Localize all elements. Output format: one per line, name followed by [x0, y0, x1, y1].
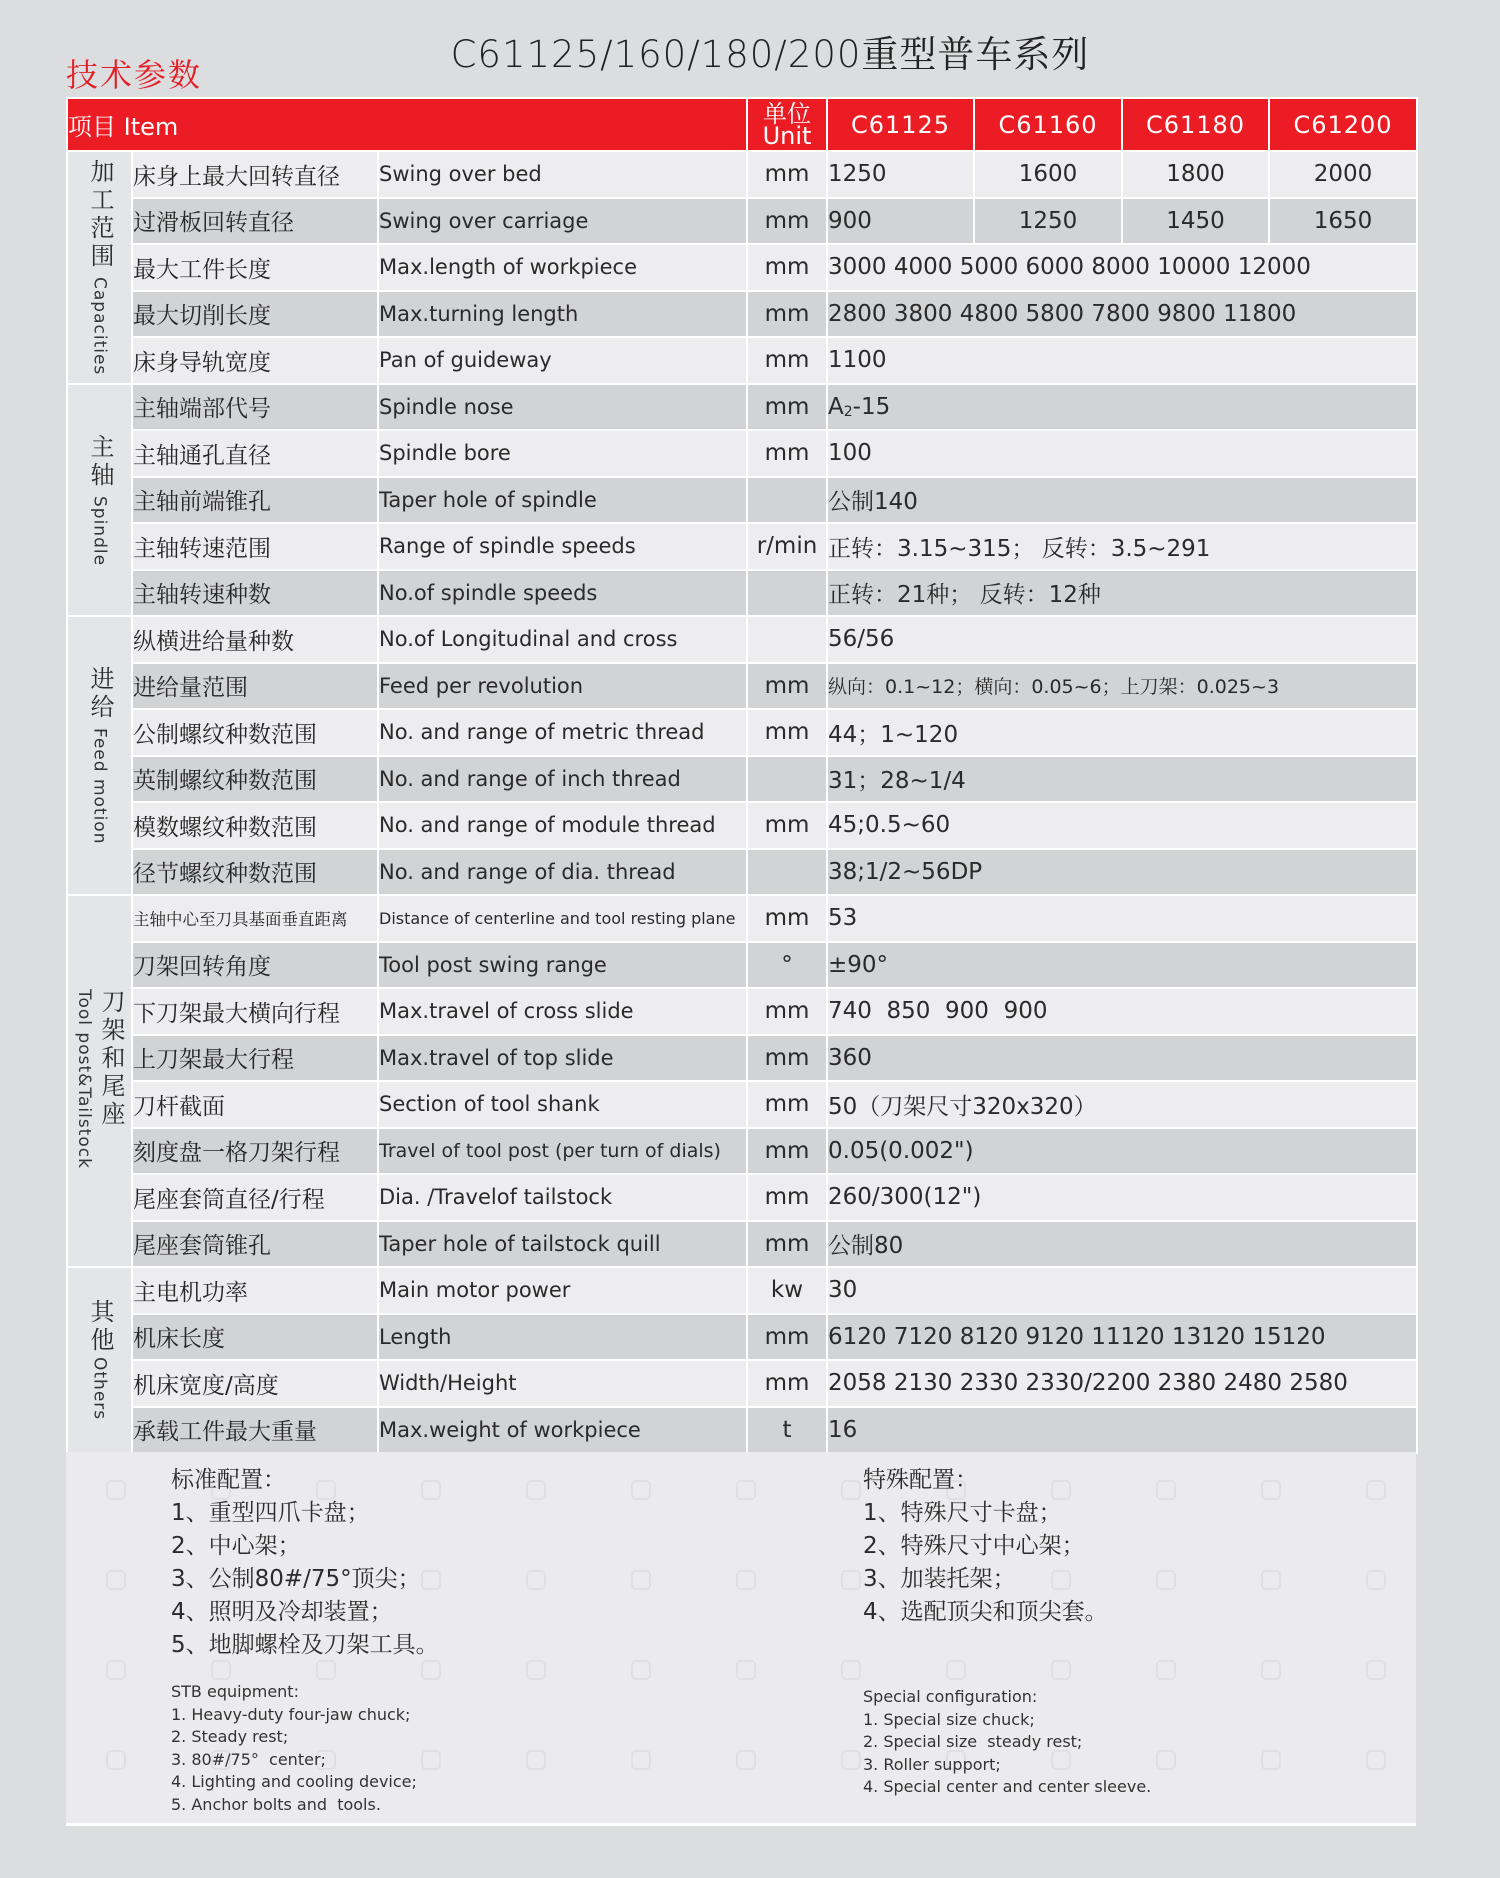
list-item: 2、特殊尺寸中心架； [863, 1530, 1108, 1563]
param-en: Swing over carriage [378, 198, 747, 245]
param-en: Swing over bed [378, 151, 747, 198]
spec-table: 项目 Item 单位Unit C61125 C61160 C61180 C612… [66, 97, 1418, 1454]
watermark-square-icon [841, 1660, 861, 1680]
param-unit: mm [747, 1360, 827, 1407]
watermark-square-icon [1366, 1750, 1386, 1770]
param-value: 6120 7120 8120 9120 11120 13120 15120 [827, 1314, 1417, 1361]
param-unit: mm [747, 1128, 827, 1175]
param-cn: 刀架回转角度 [132, 942, 378, 989]
param-unit: mm [747, 709, 827, 756]
table-row: 过滑板回转直径 Swing over carriage mm 900 1250 … [67, 198, 1417, 245]
param-value: 公制140 [827, 477, 1417, 524]
param-cn: 主轴中心至刀具基面垂直距离 [132, 895, 378, 942]
param-en: Section of tool shank [378, 1081, 747, 1128]
param-en: Max.travel of top slide [378, 1035, 747, 1082]
param-cn: 模数螺纹种数范围 [132, 802, 378, 849]
param-cn: 最大工件长度 [132, 244, 378, 291]
watermark-square-icon [106, 1750, 126, 1770]
param-cn: 纵横进给量种数 [132, 616, 378, 663]
standard-config-en-list: STB equipment: 1. Heavy-duty four-jaw ch… [171, 1681, 591, 1816]
watermark-square-icon [736, 1750, 756, 1770]
param-value: 53 [827, 895, 1417, 942]
watermark-square-icon [526, 1480, 546, 1500]
param-en: Max.turning length [378, 291, 747, 338]
group-label-en: Tool post&Tailstock [74, 989, 94, 1169]
param-unit [747, 616, 827, 663]
group-label-en: Capacities [90, 277, 110, 375]
param-unit: t [747, 1407, 827, 1454]
watermark-square-icon [1366, 1480, 1386, 1500]
param-value: 31；28~1/4 [827, 756, 1417, 803]
param-value: 1100 [827, 337, 1417, 384]
param-value: 2800 3800 4800 5800 7800 9800 11800 [827, 291, 1417, 338]
param-cn: 过滑板回转直径 [132, 198, 378, 245]
table-row: 尾座套筒直径/行程 Dia. /Travelof tailstock mm 26… [67, 1174, 1417, 1221]
param-cn: 主轴转速种数 [132, 570, 378, 617]
table-row: 刻度盘一格刀架行程 Travel of tool post (per turn … [67, 1128, 1417, 1175]
watermark-square-icon [736, 1570, 756, 1590]
watermark-square-icon [631, 1570, 651, 1590]
param-cn: 主轴端部代号 [132, 384, 378, 431]
param-cn: 尾座套筒直径/行程 [132, 1174, 378, 1221]
table-row: 下刀架最大横向行程 Max.travel of cross slide mm 7… [67, 988, 1417, 1035]
watermark-square-icon [736, 1480, 756, 1500]
param-unit: ° [747, 942, 827, 989]
param-unit: mm [747, 1035, 827, 1082]
special-config-title-en: Special configuration: [863, 1686, 1283, 1709]
param-en: Spindle nose [378, 384, 747, 431]
watermark-square-icon [631, 1480, 651, 1500]
group-label-en: Others [90, 1357, 110, 1420]
table-row: 床身导轨宽度 Pan of guideway mm 1100 [67, 337, 1417, 384]
watermark-square-icon [1261, 1570, 1281, 1590]
group-tool-post-tailstock: 刀架和尾座Tool post&Tailstock [67, 895, 132, 1267]
watermark-square-icon [1156, 1480, 1176, 1500]
param-cn: 主轴通孔直径 [132, 430, 378, 477]
table-row: 主轴转速范围 Range of spindle speeds r/min 正转：… [67, 523, 1417, 570]
table-row: 尾座套筒锥孔 Taper hole of tailstock quill mm … [67, 1221, 1417, 1268]
list-item: 1. Special size chuck; [863, 1709, 1283, 1732]
list-item: 4. Special center and center sleeve. [863, 1776, 1283, 1799]
param-cn: 床身导轨宽度 [132, 337, 378, 384]
param-value: 纵向：0.1~12；横向：0.05~6；上刀架：0.025~3 [827, 663, 1417, 710]
param-unit: mm [747, 430, 827, 477]
value-c61125: 1250 [827, 151, 974, 198]
table-row: 机床宽度/高度 Width/Height mm 2058 2130 2330 2… [67, 1360, 1417, 1407]
param-cn: 进给量范围 [132, 663, 378, 710]
table-row: 刀杆截面 Section of tool shank mm 50（刀架尺寸320… [67, 1081, 1417, 1128]
table-row: 模数螺纹种数范围 No. and range of module thread … [67, 802, 1417, 849]
param-value: ±90° [827, 942, 1417, 989]
param-value: 正转：21种； 反转：12种 [827, 570, 1417, 617]
standard-configuration: 标准配置： 1、重型四爪卡盘； 2、中心架； 3、公制80#/75°顶尖； 4、… [171, 1464, 439, 1662]
spec-table-container: 项目 Item 单位Unit C61125 C61160 C61180 C612… [66, 97, 1416, 1454]
param-cn: 径节螺纹种数范围 [132, 849, 378, 896]
param-en: Taper hole of spindle [378, 477, 747, 524]
table-row: 径节螺纹种数范围 No. and range of dia. thread 38… [67, 849, 1417, 896]
param-cn: 承载工件最大重量 [132, 1407, 378, 1454]
param-value: 公制80 [827, 1221, 1417, 1268]
table-row: 主轴Spindle 主轴端部代号 Spindle nose mm A2-15 [67, 384, 1417, 431]
param-unit: mm [747, 244, 827, 291]
watermark-square-icon [106, 1480, 126, 1500]
param-value: 260/300(12") [827, 1174, 1417, 1221]
list-item: 4、照明及冷却装置； [171, 1596, 439, 1629]
watermark-square-icon [1366, 1660, 1386, 1680]
param-cn: 机床长度 [132, 1314, 378, 1361]
param-value: 30 [827, 1267, 1417, 1314]
list-item: 2. Special size steady rest; [863, 1731, 1283, 1754]
param-value: 44；1~120 [827, 709, 1417, 756]
param-en: Width/Height [378, 1360, 747, 1407]
param-cn: 刀杆截面 [132, 1081, 378, 1128]
param-unit [747, 477, 827, 524]
param-value: 16 [827, 1407, 1417, 1454]
list-item: 1. Heavy-duty four-jaw chuck; [171, 1704, 591, 1727]
standard-config-cn-list: 标准配置： 1、重型四爪卡盘； 2、中心架； 3、公制80#/75°顶尖； 4、… [171, 1464, 439, 1662]
list-item: 1、重型四爪卡盘； [171, 1497, 439, 1530]
special-config-cn-list: 特殊配置： 1、特殊尺寸卡盘； 2、特殊尺寸中心架； 3、加装托架； 4、选配顶… [863, 1464, 1108, 1629]
param-cn: 主轴前端锥孔 [132, 477, 378, 524]
param-unit [747, 756, 827, 803]
param-en: No.of Longitudinal and cross [378, 616, 747, 663]
param-unit: mm [747, 337, 827, 384]
table-row: 刀架回转角度 Tool post swing range ° ±90° [67, 942, 1417, 989]
watermark-square-icon [421, 1660, 441, 1680]
table-row: 进给Feed motion 纵横进给量种数 No.of Longitudinal… [67, 616, 1417, 663]
param-cn: 上刀架最大行程 [132, 1035, 378, 1082]
param-unit: kw [747, 1267, 827, 1314]
group-label-cn: 主轴 [85, 434, 114, 490]
param-cn: 主轴转速范围 [132, 523, 378, 570]
param-value: A2-15 [827, 384, 1417, 431]
param-en: No.of spindle speeds [378, 570, 747, 617]
param-en: Distance of centerline and tool resting … [378, 895, 747, 942]
value-c61200: 2000 [1269, 151, 1417, 198]
group-feed-motion: 进给Feed motion [67, 616, 132, 895]
group-label-cn: 刀架和尾座 [96, 989, 125, 1129]
param-en: Length [378, 1314, 747, 1361]
param-value: 0.05(0.002") [827, 1128, 1417, 1175]
list-item: 3、公制80#/75°顶尖； [171, 1563, 439, 1596]
param-value: 740 850 900 900 [827, 988, 1417, 1035]
param-unit: r/min [747, 523, 827, 570]
standard-config-title-cn: 标准配置： [171, 1464, 439, 1497]
list-item: 5. Anchor bolts and tools. [171, 1794, 591, 1817]
list-item: 1、特殊尺寸卡盘； [863, 1497, 1108, 1530]
param-value: 100 [827, 430, 1417, 477]
watermark-square-icon [946, 1660, 966, 1680]
special-configuration: 特殊配置： 1、特殊尺寸卡盘； 2、特殊尺寸中心架； 3、加装托架； 4、选配顶… [863, 1464, 1108, 1629]
value-tail: -15 [853, 394, 891, 420]
table-row: 英制螺纹种数范围 No. and range of inch thread 31… [67, 756, 1417, 803]
param-unit: mm [747, 663, 827, 710]
param-cn: 机床宽度/高度 [132, 1360, 378, 1407]
list-item: 3、加装托架； [863, 1563, 1108, 1596]
watermark-square-icon [736, 1660, 756, 1680]
group-spindle: 主轴Spindle [67, 384, 132, 617]
list-item: 3. Roller support; [863, 1754, 1283, 1777]
param-en: Travel of tool post (per turn of dials) [378, 1128, 747, 1175]
param-unit: mm [747, 1081, 827, 1128]
group-capacities: 加工范围Capacities [67, 151, 132, 384]
header-unit-en: Unit [748, 125, 826, 147]
param-en: Tool post swing range [378, 942, 747, 989]
list-item: 5、地脚螺栓及刀架工具。 [171, 1629, 439, 1662]
param-cn: 刻度盘一格刀架行程 [132, 1128, 378, 1175]
group-others: 其他Others [67, 1267, 132, 1453]
param-value: 45;0.5~60 [827, 802, 1417, 849]
param-en: Dia. /Travelof tailstock [378, 1174, 747, 1221]
param-unit [747, 849, 827, 896]
watermark-square-icon [841, 1570, 861, 1590]
param-unit: mm [747, 1314, 827, 1361]
watermark-square-icon [1156, 1570, 1176, 1590]
header-model-c61160: C61160 [974, 98, 1122, 151]
header-model-c61200: C61200 [1269, 98, 1417, 151]
group-label-cn: 加工范围 [85, 159, 114, 271]
configuration-notes: 标准配置： 1、重型四爪卡盘； 2、中心架； 3、公制80#/75°顶尖； 4、… [66, 1452, 1416, 1826]
table-row: 主轴通孔直径 Spindle bore mm 100 [67, 430, 1417, 477]
value-c61180: 1450 [1122, 198, 1269, 245]
table-header-row: 项目 Item 单位Unit C61125 C61160 C61180 C612… [67, 98, 1417, 151]
watermark-square-icon [526, 1660, 546, 1680]
table-row: 最大工件长度 Max.length of workpiece mm 3000 4… [67, 244, 1417, 291]
param-cn: 下刀架最大横向行程 [132, 988, 378, 1035]
table-row: 主轴转速种数 No.of spindle speeds 正转：21种； 反转：1… [67, 570, 1417, 617]
watermark-square-icon [841, 1480, 861, 1500]
param-value: 360 [827, 1035, 1417, 1082]
param-unit: mm [747, 1221, 827, 1268]
param-en: Max.length of workpiece [378, 244, 747, 291]
param-en: Taper hole of tailstock quill [378, 1221, 747, 1268]
watermark-square-icon [841, 1750, 861, 1770]
list-item: 2、中心架； [171, 1530, 439, 1563]
param-unit: mm [747, 895, 827, 942]
header-unit: 单位Unit [747, 98, 827, 151]
section-title: 技术参数 [66, 50, 202, 96]
param-value: 50（刀架尺寸320x320） [827, 1081, 1417, 1128]
param-en: Feed per revolution [378, 663, 747, 710]
watermark-square-icon [526, 1570, 546, 1590]
watermark-square-icon [1261, 1480, 1281, 1500]
param-unit [747, 570, 827, 617]
table-row: 上刀架最大行程 Max.travel of top slide mm 360 [67, 1035, 1417, 1082]
group-label-en: Spindle [90, 496, 110, 566]
table-row: 公制螺纹种数范围 No. and range of metric thread … [67, 709, 1417, 756]
param-unit: mm [747, 151, 827, 198]
standard-config-title-en: STB equipment: [171, 1681, 591, 1704]
param-en: No. and range of metric thread [378, 709, 747, 756]
page-title: C61125/160/180/200重型普车系列 [0, 24, 1500, 78]
table-row: 机床长度 Length mm 6120 7120 8120 9120 11120… [67, 1314, 1417, 1361]
param-cn: 主电机功率 [132, 1267, 378, 1314]
param-cn: 最大切削长度 [132, 291, 378, 338]
value-c61125: 900 [827, 198, 974, 245]
watermark-square-icon [631, 1750, 651, 1770]
param-unit: mm [747, 198, 827, 245]
watermark-square-icon [1366, 1570, 1386, 1590]
value-c61160: 1600 [974, 151, 1122, 198]
watermark-square-icon [1156, 1660, 1176, 1680]
watermark-square-icon [316, 1660, 336, 1680]
list-item: 3. 80#/75° center; [171, 1749, 591, 1772]
watermark-square-icon [211, 1660, 231, 1680]
param-value: 38;1/2~56DP [827, 849, 1417, 896]
param-cn: 公制螺纹种数范围 [132, 709, 378, 756]
value-c61200: 1650 [1269, 198, 1417, 245]
watermark-square-icon [106, 1660, 126, 1680]
watermark-square-icon [106, 1570, 126, 1590]
watermark-square-icon [1051, 1660, 1071, 1680]
list-item: 4. Lighting and cooling device; [171, 1771, 591, 1794]
param-en: Range of spindle speeds [378, 523, 747, 570]
header-item: 项目 Item [67, 98, 747, 151]
param-unit: mm [747, 1174, 827, 1221]
list-item: 2. Steady rest; [171, 1726, 591, 1749]
special-config-en-list: Special configuration: 1. Special size c… [863, 1686, 1283, 1799]
watermark-square-icon [1261, 1660, 1281, 1680]
value-subscript: 2 [844, 404, 853, 420]
table-row: 主轴前端锥孔 Taper hole of spindle 公制140 [67, 477, 1417, 524]
group-label-en: Feed motion [90, 728, 110, 845]
param-value: 2058 2130 2330 2330/2200 2380 2480 2580 [827, 1360, 1417, 1407]
param-unit: mm [747, 988, 827, 1035]
group-label-cn: 进给 [85, 666, 114, 722]
table-row: 承载工件最大重量 Max.weight of workpiece t 16 [67, 1407, 1417, 1454]
value-c61180: 1800 [1122, 151, 1269, 198]
header-model-c61180: C61180 [1122, 98, 1269, 151]
param-cn: 尾座套筒锥孔 [132, 1221, 378, 1268]
param-unit: mm [747, 802, 827, 849]
table-row: 进给量范围 Feed per revolution mm 纵向：0.1~12；横… [67, 663, 1417, 710]
table-row: 最大切削长度 Max.turning length mm 2800 3800 4… [67, 291, 1417, 338]
param-en: Pan of guideway [378, 337, 747, 384]
table-row: 刀架和尾座Tool post&Tailstock 主轴中心至刀具基面垂直距离 D… [67, 895, 1417, 942]
param-value: 3000 4000 5000 6000 8000 10000 12000 [827, 244, 1417, 291]
param-en: No. and range of module thread [378, 802, 747, 849]
value-main: A [828, 394, 844, 420]
param-en: Max.weight of workpiece [378, 1407, 747, 1454]
header-model-c61125: C61125 [827, 98, 974, 151]
special-config-title-cn: 特殊配置： [863, 1464, 1108, 1497]
param-en: No. and range of dia. thread [378, 849, 747, 896]
table-row: 加工范围Capacities 床身上最大回转直径 Swing over bed … [67, 151, 1417, 198]
param-cn: 床身上最大回转直径 [132, 151, 378, 198]
list-item: 4、选配顶尖和顶尖套。 [863, 1596, 1108, 1629]
param-value: 正转：3.15~315； 反转：3.5~291 [827, 523, 1417, 570]
param-en: Spindle bore [378, 430, 747, 477]
group-label-cn: 其他 [85, 1299, 114, 1355]
param-en: Main motor power [378, 1267, 747, 1314]
param-en: No. and range of inch thread [378, 756, 747, 803]
param-cn: 英制螺纹种数范围 [132, 756, 378, 803]
param-unit: mm [747, 291, 827, 338]
param-value: 56/56 [827, 616, 1417, 663]
param-unit: mm [747, 384, 827, 431]
table-row: 其他Others 主电机功率 Main motor power kw 30 [67, 1267, 1417, 1314]
watermark-square-icon [631, 1660, 651, 1680]
param-en: Max.travel of cross slide [378, 988, 747, 1035]
value-c61160: 1250 [974, 198, 1122, 245]
